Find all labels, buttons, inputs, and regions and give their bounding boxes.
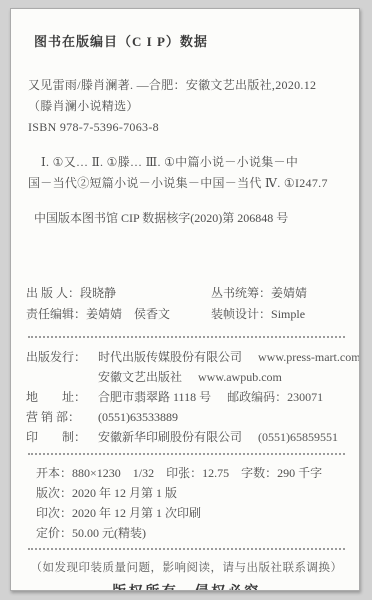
cover-designer: 装帧设计：Simple (211, 304, 347, 325)
spec-printing: 印次：2020 年 12 月第 1 次印刷 (36, 503, 347, 523)
isbn-line: ISBN 978-7-5396-7063-8 (28, 117, 347, 138)
classification-line-1: Ⅰ. ①又… Ⅱ. ①滕… Ⅲ. ①中篇小说－小说集－中 (28, 152, 347, 173)
distributor-value: 时代出版传媒股份有限公司 (98, 347, 242, 367)
cip-line-series: （滕肖澜小说精选） (28, 96, 347, 117)
staff-section: 出 版 人：段晓静 丛书统筹：姜婧婧 责任编辑：姜婧婧 侯香文 装帧设计：Sim… (26, 283, 347, 325)
spec-format: 开本：880×1230 1/32 印张：12.75 字数：290 千字 (36, 463, 347, 483)
printer-value: 安徽新华印刷股份有限公司 (98, 427, 242, 447)
printer-label: 印 制： (26, 427, 98, 447)
dotted-divider-1 (28, 336, 345, 338)
cover-designer-value: Simple (271, 307, 305, 321)
publishing-row-distributor: 出版发行： 时代出版传媒股份有限公司 www.press-mart.com (26, 347, 347, 367)
cip-description: 又见雷雨/滕肖澜著. —合肥：安徽文艺出版社,2020.12 （滕肖澜小说精选）… (28, 75, 347, 138)
cip-classification: Ⅰ. ①又… Ⅱ. ①滕… Ⅲ. ①中篇小说－小说集－中 国－当代②短篇小说－小… (28, 152, 347, 194)
responsible-editors: 责任编辑：姜婧婧 侯香文 (26, 304, 170, 325)
spec-edition-label: 版次： (36, 486, 72, 500)
press-website: www.awpub.com (198, 367, 282, 387)
classification-line-2: 国－当代②短篇小说－小说集－中国－当代 Ⅳ. ①I247.7 (28, 173, 347, 194)
publishing-row-address: 地 址： 合肥市翡翠路 1118 号 邮政编码：230071 (26, 387, 347, 407)
quality-note: （如发现印装质量问题，影响阅读，请与出版社联系调换） (26, 559, 347, 575)
publishing-row-marketing: 营 销 部： (0551)63533889 (26, 407, 347, 427)
press-value: 安徽文艺出版社 (98, 367, 182, 387)
series-coordinator-label: 丛书统筹： (211, 286, 271, 300)
spec-printing-label: 印次： (36, 506, 72, 520)
spec-price: 定价：50.00 元(精装) (36, 523, 347, 543)
address-label: 地 址： (26, 387, 98, 407)
publishing-row-press: 安徽文艺出版社 www.awpub.com (26, 367, 347, 387)
address-value: 合肥市翡翠路 1118 号 (98, 387, 211, 407)
series-coordinator-value: 姜婧婧 (271, 286, 307, 300)
copyright-notice: 版权所有，侵权必究 (26, 581, 347, 591)
publisher-person-value: 段晓静 (80, 286, 116, 300)
cover-designer-label: 装帧设计： (211, 307, 271, 321)
publishing-row-printer: 印 制： 安徽新华印刷股份有限公司 (0551)65859551 (26, 427, 347, 447)
spec-edition: 版次：2020 年 12 月第 1 版 (36, 483, 347, 503)
spec-edition-value: 2020 年 12 月第 1 版 (72, 486, 177, 500)
spec-printing-value: 2020 年 12 月第 1 次印刷 (72, 506, 201, 520)
cip-record-number: 中国版本图书馆 CIP 数据核字(2020)第 206848 号 (34, 210, 347, 227)
postal-code: 邮政编码：230071 (227, 387, 323, 407)
spec-format-label: 开本： (36, 466, 72, 480)
press-label (26, 367, 98, 387)
copyright-page: 图书在版编目（C I P）数据 又见雷雨/滕肖澜著. —合肥：安徽文艺出版社,2… (10, 8, 360, 591)
marketing-phone: (0551)63533889 (98, 407, 178, 427)
dotted-divider-3 (28, 548, 345, 550)
marketing-label: 营 销 部： (26, 407, 98, 427)
dotted-divider-2 (28, 453, 345, 455)
distributor-website: www.press-mart.com (258, 347, 360, 367)
spec-price-label: 定价： (36, 526, 72, 540)
responsible-editors-label: 责任编辑： (26, 307, 86, 321)
series-coordinator: 丛书统筹：姜婧婧 (211, 283, 347, 304)
publisher-person: 出 版 人：段晓静 (26, 283, 116, 304)
staff-row-publisher: 出 版 人：段晓静 丛书统筹：姜婧婧 (26, 283, 347, 304)
printer-phone: (0551)65859551 (258, 427, 338, 447)
cip-line-title-author: 又见雷雨/滕肖澜著. —合肥：安徽文艺出版社,2020.12 (28, 75, 347, 96)
spec-price-value: 50.00 元(精装) (72, 526, 146, 540)
print-specs-section: 开本：880×1230 1/32 印张：12.75 字数：290 千字 版次：2… (36, 463, 347, 543)
spec-format-value: 880×1230 1/32 印张：12.75 字数：290 千字 (72, 466, 322, 480)
staff-row-editors: 责任编辑：姜婧婧 侯香文 装帧设计：Simple (26, 304, 347, 325)
publisher-person-label: 出 版 人： (26, 286, 80, 300)
distributor-label: 出版发行： (26, 347, 98, 367)
cip-title: 图书在版编目（C I P）数据 (34, 31, 347, 50)
responsible-editors-value: 姜婧婧 侯香文 (86, 307, 170, 321)
publishing-section: 出版发行： 时代出版传媒股份有限公司 www.press-mart.com 安徽… (26, 347, 347, 447)
